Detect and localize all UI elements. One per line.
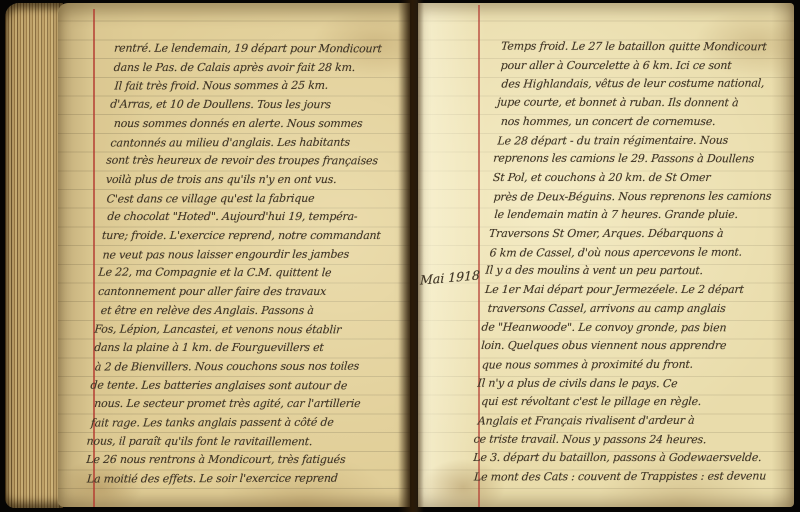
handwritten-line: Le 28 départ - du train régimentaire. No… [497,131,800,151]
handwritten-line: Le 22, ma Compagnie et la C.M. quittent … [98,264,404,284]
handwritten-line: de "Heanwoode". Le convoy gronde, pas bi… [481,318,787,338]
handwritten-line: Temps froid. Le 27 le bataillon quitte M… [500,38,800,58]
handwritten-line: rentré. Le lendemain, 19 départ pour Mon… [113,40,419,60]
handwritten-line: C'est dans ce village qu'est la fabrique [106,189,412,209]
right-page: Temps froid. Le 27 le bataillon quitte M… [418,3,794,507]
handwritten-line: à 2 de Bienvillers. Nous couchons sous n… [94,357,400,377]
handwritten-line: jupe courte, et bonnet à ruban. Ils donn… [496,94,800,114]
handwritten-line: pour aller à Courcelette à 6 km. Ici ce … [500,57,800,76]
handwritten-line: Fos, Lépion, Lancastei, et venons nous é… [94,320,400,340]
handwritten-line: de chocolat "Hoted". Aujourd'hui 19, tem… [107,208,413,227]
handwritten-line: de tente. Les batteries anglaises sont a… [90,376,396,396]
handwritten-line: Le 1er Mai départ pour Jermezéele. Le 2 … [484,281,790,300]
handwritten-line: nous, il paraît qu'ils font le ravitaill… [86,432,392,452]
handwritten-line: cantonnement pour aller faire des travau… [97,283,403,302]
handwritten-line: reprenons les camions le 29. Passons à D… [493,150,799,170]
handwritten-line: dans la plaine à 1 km. de Fourguevillers… [93,339,399,358]
handwritten-line: voilà plus de trois ans qu'ils n'y en on… [105,171,411,190]
handwritten-line: nous. Le secteur promet très agité, car … [94,395,400,414]
handwritten-line: loin. Quelques obus viennent nous appren… [480,337,786,356]
handwritten-line: nous sommes donnés en alerte. Nous somme… [113,115,419,134]
handwritten-line: des Highlandais, vêtus de leur costume n… [501,75,800,95]
right-page-text: Temps froid. Le 27 le bataillon quitte M… [471,38,800,487]
handwritten-line: qui est révoltant c'est le pillage en rè… [481,393,787,412]
handwritten-line: d'Arras, et 10 de Doullens. Tous les jou… [109,96,415,116]
handwritten-line: près de Deux-Béguins. Nous reprenons les… [493,187,799,207]
book-page-edges [5,3,63,508]
handwritten-line: Anglais et Français rivalisent d'ardeur … [477,412,783,432]
handwritten-line: fait rage. Les tanks anglais passent à c… [90,414,396,434]
handwritten-line: ce triste travail. Nous y passons 24 heu… [473,430,779,450]
handwritten-line: le lendemain matin à 7 heures. Grande pl… [494,206,800,225]
handwritten-line: sont très heureux de revoir des troupes … [106,152,412,172]
handwritten-line: traversons Cassel, arrivons au camp angl… [487,300,793,319]
handwritten-line: St Pol, et couchons à 20 km. de St Omer [492,169,798,188]
handwritten-line: La moitié des effets. Le soir l'exercice… [86,470,392,490]
handwritten-line: et être en relève des Anglais. Passons à [100,302,406,321]
handwritten-line: 6 km de Cassel, d'où nous apercevons le … [489,243,795,263]
handwritten-line: dans le Pas. de Calais après avoir fait … [113,59,419,78]
handwritten-line: Il y a des moulins à vent un peu partout… [485,262,791,282]
handwritten-line: Il fait très froid. Nous sommes à 25 km. [114,77,420,97]
left-page-text: rentré. Le lendemain, 19 départ pour Mon… [84,40,420,489]
handwritten-line: Il n'y a plus de civils dans le pays. Ce [477,374,783,394]
handwritten-line: nos hommes, un concert de cornemuse. [500,113,800,132]
handwritten-line: ne veut pas nous laisser engourdir les j… [102,245,408,265]
handwritten-line: que nous sommes à proximité du front. [481,355,787,375]
left-page: rentré. Le lendemain, 19 départ pour Mon… [58,3,410,507]
handwritten-line: Le 26 nous rentrons à Mondicourt, très f… [86,451,392,470]
handwritten-line: Le 3. départ du bataillon, passons à God… [473,449,779,468]
open-notebook: rentré. Le lendemain, 19 départ pour Mon… [0,0,800,512]
handwritten-line: Le mont des Cats : couvent de Trappistes… [473,468,779,488]
handwritten-line: cantonnés au milieu d'anglais. Les habit… [110,133,416,153]
handwritten-line: ture; froide. L'exercice reprend, notre … [101,227,407,246]
handwritten-line: Traversons St Omer, Arques. Débarquons à [488,225,794,244]
